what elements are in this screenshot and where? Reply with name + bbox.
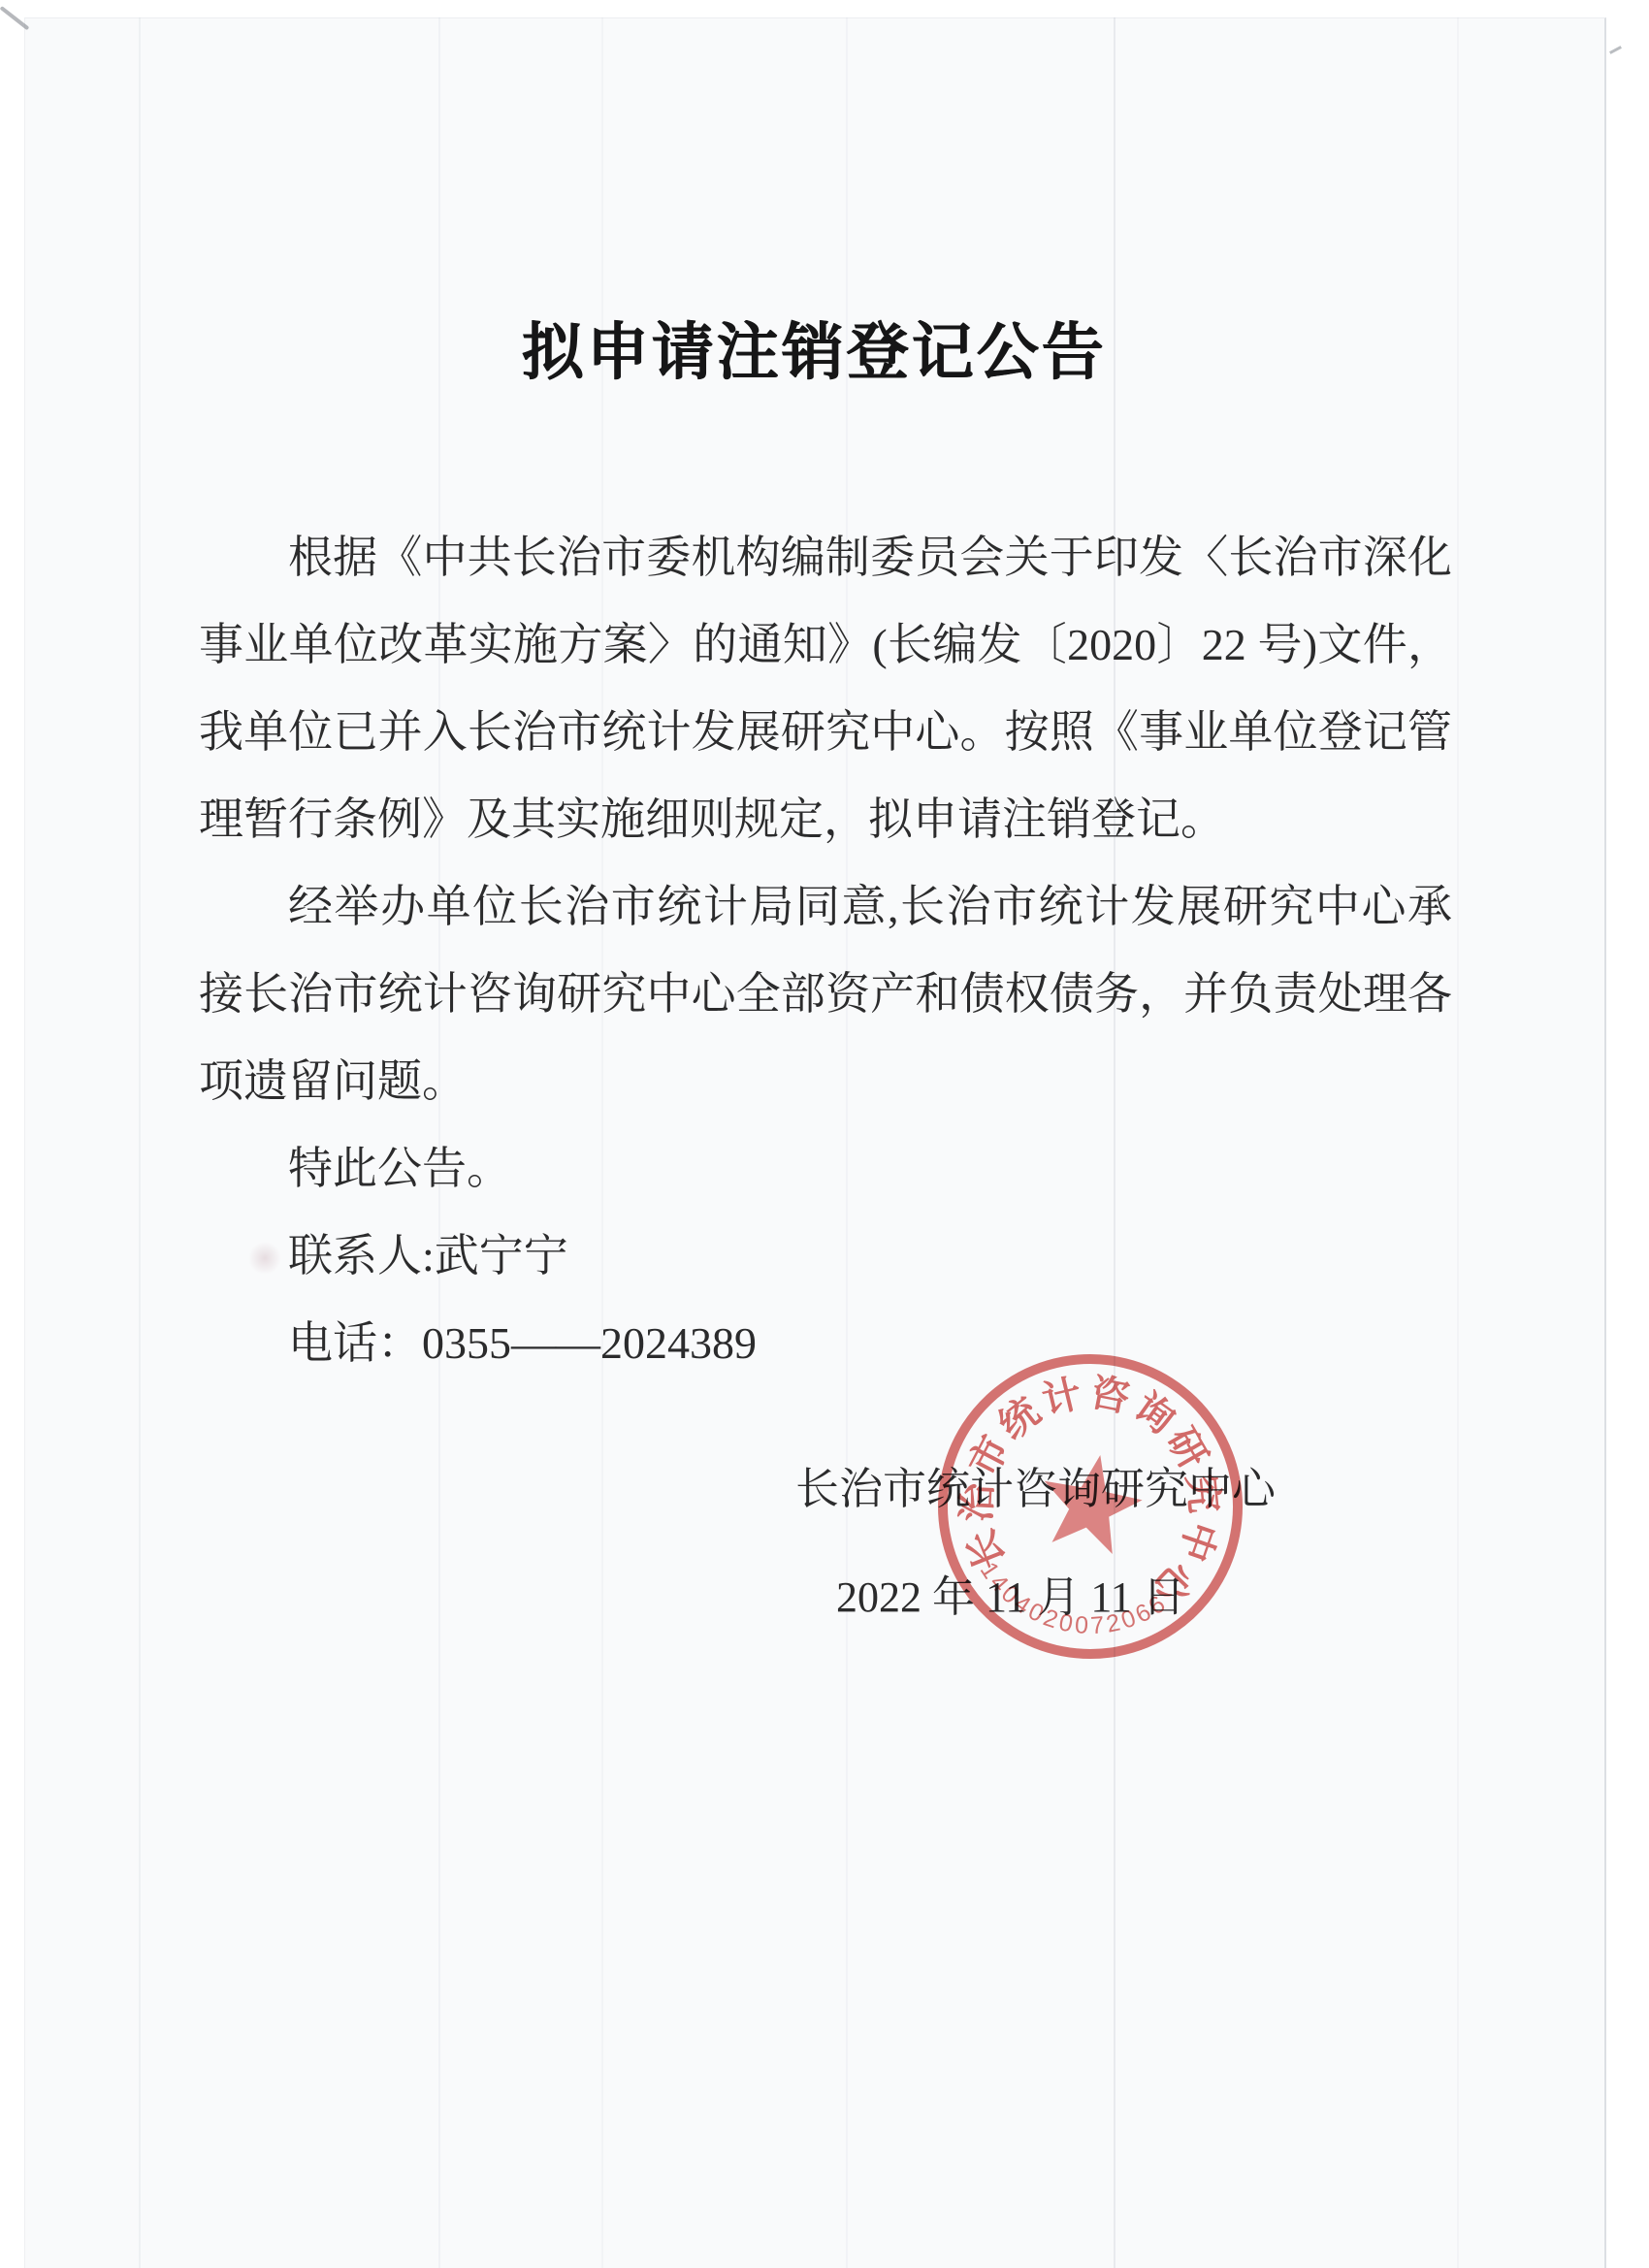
scanned-announcement-page: 拟申请注销登记公告 根据《中共长治市委机构编制委员会关于印发〈长治市深化 事业单… — [0, 0, 1649, 2268]
official-seal-stamp: 长治市统计咨询研究中心 1404020072066 — [897, 1313, 1284, 1701]
body-line: 接长治市统计咨询研究中心全部资产和债权债务，并负责处理各 — [199, 951, 1452, 1038]
seal-icon: 长治市统计咨询研究中心 1404020072066 — [897, 1313, 1284, 1701]
closing-line: 特此公告。 — [199, 1125, 1452, 1213]
body-line: 我单位已并入长治市统计发展研究中心。按照《事业单位登记管 — [199, 689, 1452, 776]
body-line: 理暂行条例》及其实施细则规定，拟申请注销登记。 — [199, 776, 1452, 863]
body-line: 事业单位改革实施方案〉的通知》(长编发〔2020〕22 号)文件， — [199, 601, 1452, 689]
document-title: 拟申请注销登记公告 — [24, 303, 1603, 392]
document-body: 根据《中共长治市委机构编制委员会关于印发〈长治市深化 事业单位改革实施方案〉的通… — [199, 514, 1452, 1387]
red-star-icon — [1033, 1445, 1149, 1558]
scan-corner-artifact — [1609, 46, 1622, 54]
contact-person-line: 联系人:武宁宁 — [199, 1213, 1452, 1300]
body-line: 经举办单位长治市统计局同意,长治市统计发展研究中心承 — [199, 863, 1452, 951]
body-line: 项遗留问题。 — [199, 1038, 1452, 1125]
body-line: 根据《中共长治市委机构编制委员会关于印发〈长治市深化 — [199, 514, 1452, 601]
